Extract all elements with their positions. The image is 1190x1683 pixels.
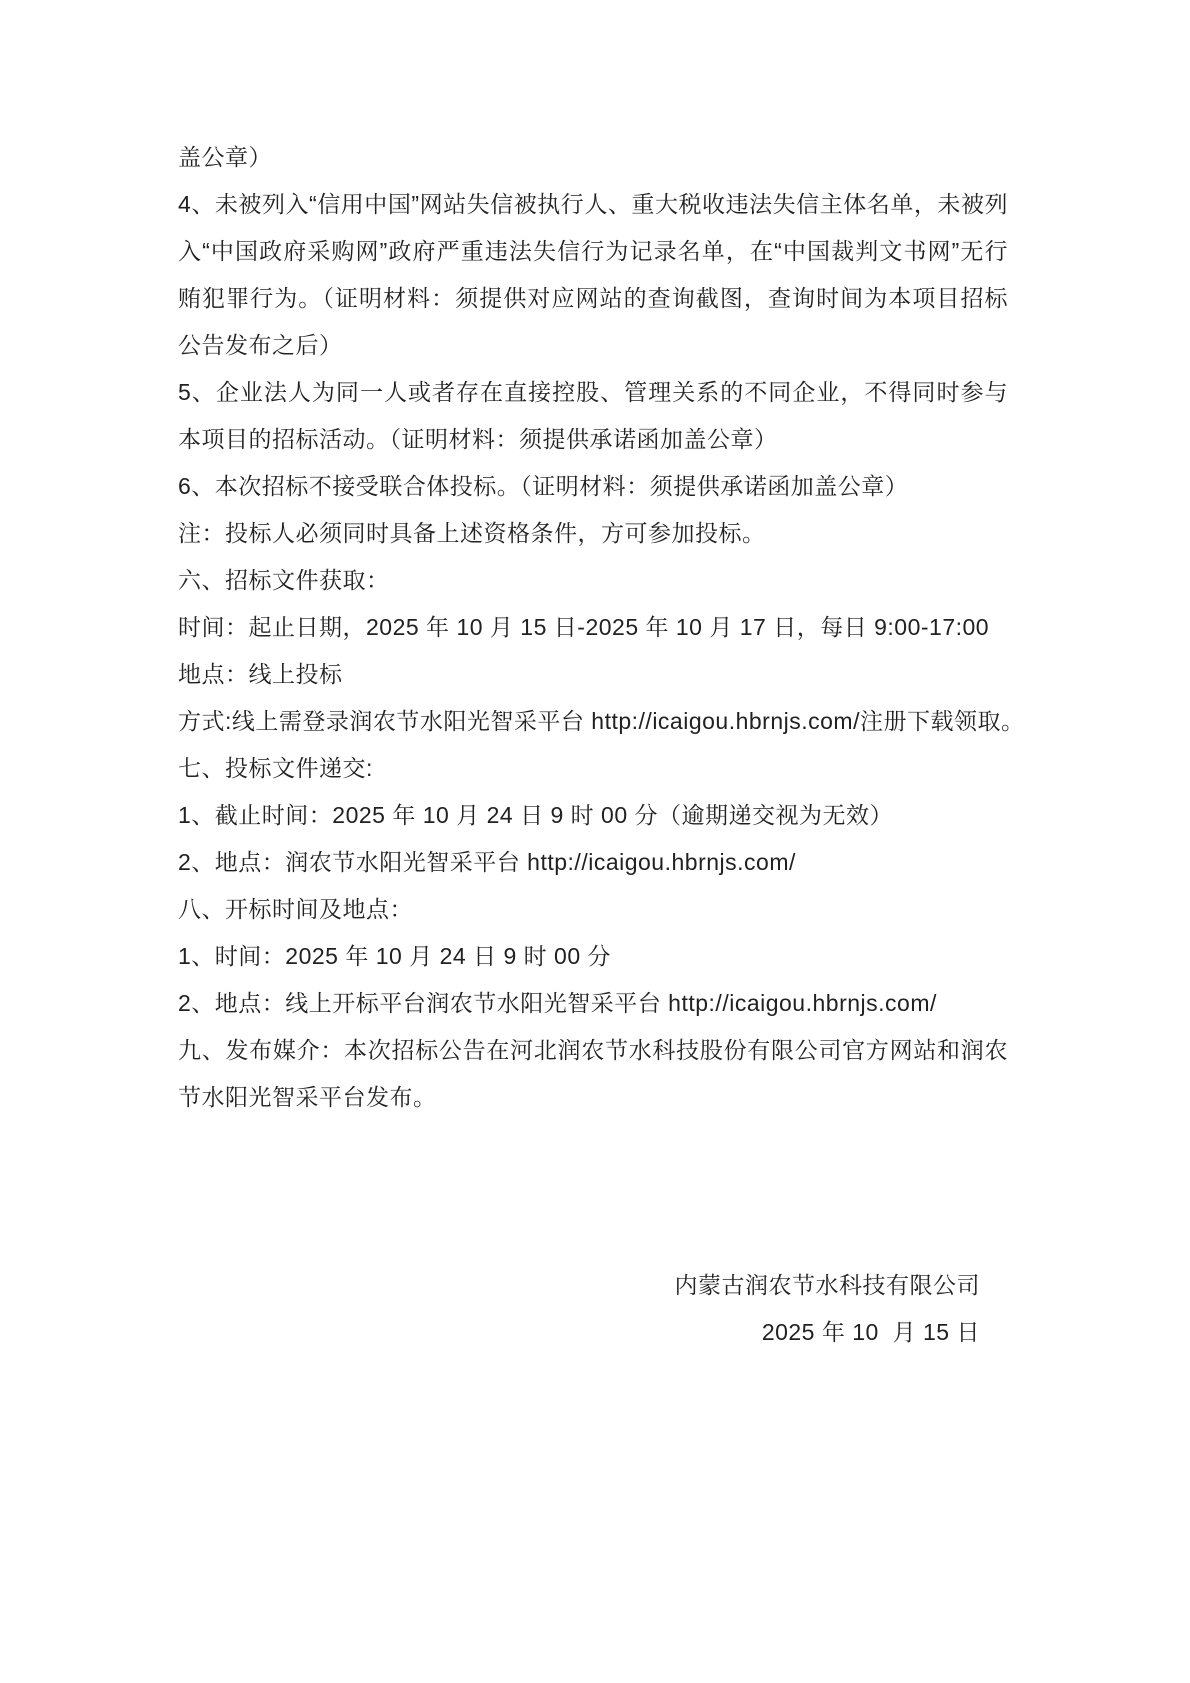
para-doc-time: 时间：起止日期，2025 年 10 月 15 日-2025 年 10 月 17 … [178, 604, 1008, 651]
heading-section-7: 七、投标文件递交: [178, 745, 1008, 792]
heading-section-8: 八、开标时间及地点： [178, 886, 1008, 933]
heading-section-6: 六、招标文件获取： [178, 557, 1008, 604]
para-qualification-5: 5、企业法人为同一人或者存在直接控股、管理关系的不同企业，不得同时参与本项目的招… [178, 369, 1008, 463]
para-qualification-6: 6、本次招标不接受联合体投标。（证明材料：须提供承诺函加盖公章） [178, 463, 1008, 510]
para-note: 注：投标人必须同时具备上述资格条件，方可参加投标。 [178, 510, 1008, 557]
document-body: 盖公章） 4、未被列入“信用中国”网站失信被执行人、重大税收违法失信主体名单，未… [178, 134, 1008, 1356]
para-doc-method: 方式:线上需登录润农节水阳光智采平台 http://icaigou.hbrnjs… [178, 698, 1008, 745]
signature-company: 内蒙古润农节水科技有限公司 [178, 1262, 980, 1309]
para-media: 九、发布媒介：本次招标公告在河北润农节水科技股份有限公司官方网站和润农节水阳光智… [178, 1027, 1008, 1121]
para-submit-location: 2、地点：润农节水阳光智采平台 http://icaigou.hbrnjs.co… [178, 839, 1008, 886]
para-open-time: 1、时间：2025 年 10 月 24 日 9 时 00 分 [178, 933, 1008, 980]
signature-block: 内蒙古润农节水科技有限公司 2025 年 10 月 15 日 [178, 1262, 1008, 1356]
para-submit-deadline: 1、截止时间：2025 年 10 月 24 日 9 时 00 分（逾期递交视为无… [178, 792, 1008, 839]
blank-space [178, 1121, 1008, 1262]
para-open-location: 2、地点：线上开标平台润农节水阳光智采平台 http://icaigou.hbr… [178, 980, 1008, 1027]
document-page: 盖公章） 4、未被列入“信用中国”网站失信被执行人、重大税收违法失信主体名单，未… [0, 0, 1190, 1683]
para-seal-continuation: 盖公章） [178, 134, 1008, 181]
para-doc-location: 地点：线上投标 [178, 651, 1008, 698]
para-qualification-4: 4、未被列入“信用中国”网站失信被执行人、重大税收违法失信主体名单，未被列入“中… [178, 181, 1008, 369]
signature-date: 2025 年 10 月 15 日 [178, 1309, 980, 1356]
